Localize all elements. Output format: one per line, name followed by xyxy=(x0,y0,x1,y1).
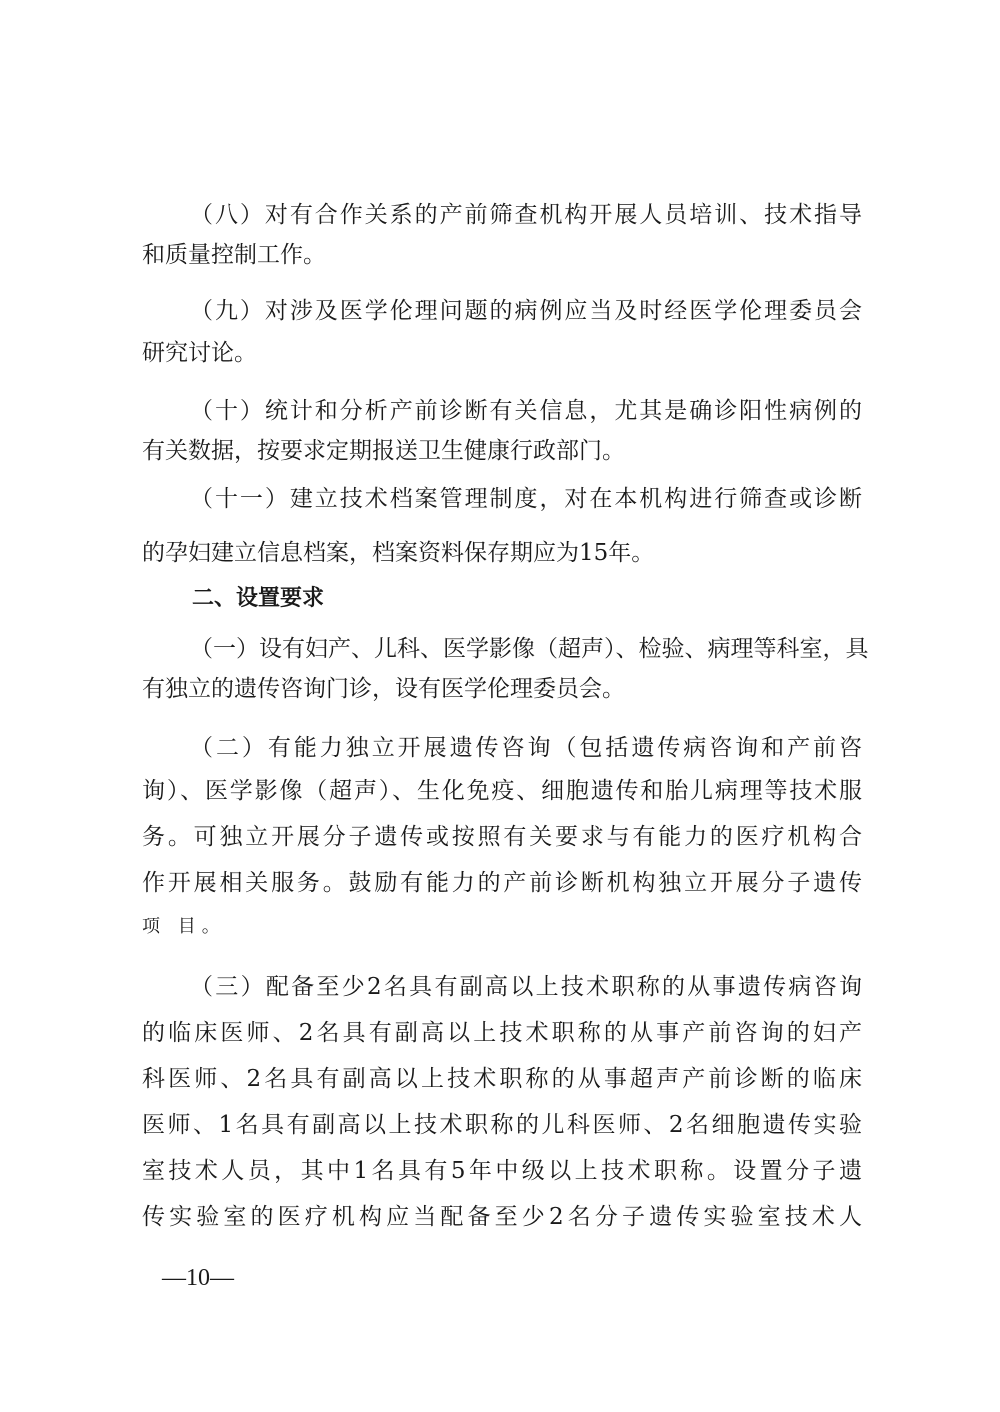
req-1-line-2: 有独立的遗传咨询门诊，设有医学伦理委员会。 xyxy=(142,674,862,704)
req-2-line-1: （二）有能力独立开展遗传咨询（包括遗传病咨询和产前咨 xyxy=(190,733,862,763)
req-3-line-1: （三）配备至少2名具有副高以上技术职称的从事遗传病咨询 xyxy=(190,972,862,1002)
req-3-line-2: 的临床医师、2名具有副高以上技术职称的从事产前咨询的妇产 xyxy=(142,1018,862,1048)
para-11-line-1: （十一）建立技术档案管理制度，对在本机构进行筛查或诊断 xyxy=(190,484,862,514)
para-8-line-2: 和质量控制工作。 xyxy=(142,240,862,270)
para-9-line-2: 研究讨论。 xyxy=(142,338,862,368)
para-8-line-1: （八）对有合作关系的产前筛查机构开展人员培训、技术指导 xyxy=(190,200,862,230)
para-11-line-2: 的孕妇建立信息档案，档案资料保存期应为15年。 xyxy=(142,538,862,568)
req-2-line-4: 作开展相关服务。鼓励有能力的产前诊断机构独立开展分子遗传 xyxy=(142,868,862,898)
para-9-line-1: （九）对涉及医学伦理问题的病例应当及时经医学伦理委员会 xyxy=(190,296,862,326)
req-2-line-3: 务。可独立开展分子遗传或按照有关要求与有能力的医疗机构合 xyxy=(142,822,862,852)
req-3-line-4: 医师、1名具有副高以上技术职称的儿科医师、2名细胞遗传实验 xyxy=(142,1110,862,1140)
para-10-line-1: （十）统计和分析产前诊断有关信息，尤其是确诊阳性病例的 xyxy=(190,396,862,426)
page-number: —10— xyxy=(162,1265,234,1292)
req-2-line-5: 项 目。 xyxy=(142,912,862,942)
req-2-line-2: 询）、医学影像（超声）、生化免疫、细胞遗传和胎儿病理等技术服 xyxy=(142,776,862,806)
req-3-line-3: 科医师、2名具有副高以上技术职称的从事超声产前诊断的临床 xyxy=(142,1064,862,1094)
para-10-line-2: 有关数据，按要求定期报送卫生健康行政部门。 xyxy=(142,436,862,466)
req-3-line-6: 传实验室的医疗机构应当配备至少2名分子遗传实验室技术人 xyxy=(142,1202,862,1232)
req-3-line-5: 室技术人员，其中1名具有5年中级以上技术职称。设置分子遗 xyxy=(142,1156,862,1186)
req-1-line-1: （一）设有妇产、儿科、医学影像（超声）、检验、病理等科室，具 xyxy=(190,634,862,664)
section-heading: 二、设置要求 xyxy=(192,584,324,614)
